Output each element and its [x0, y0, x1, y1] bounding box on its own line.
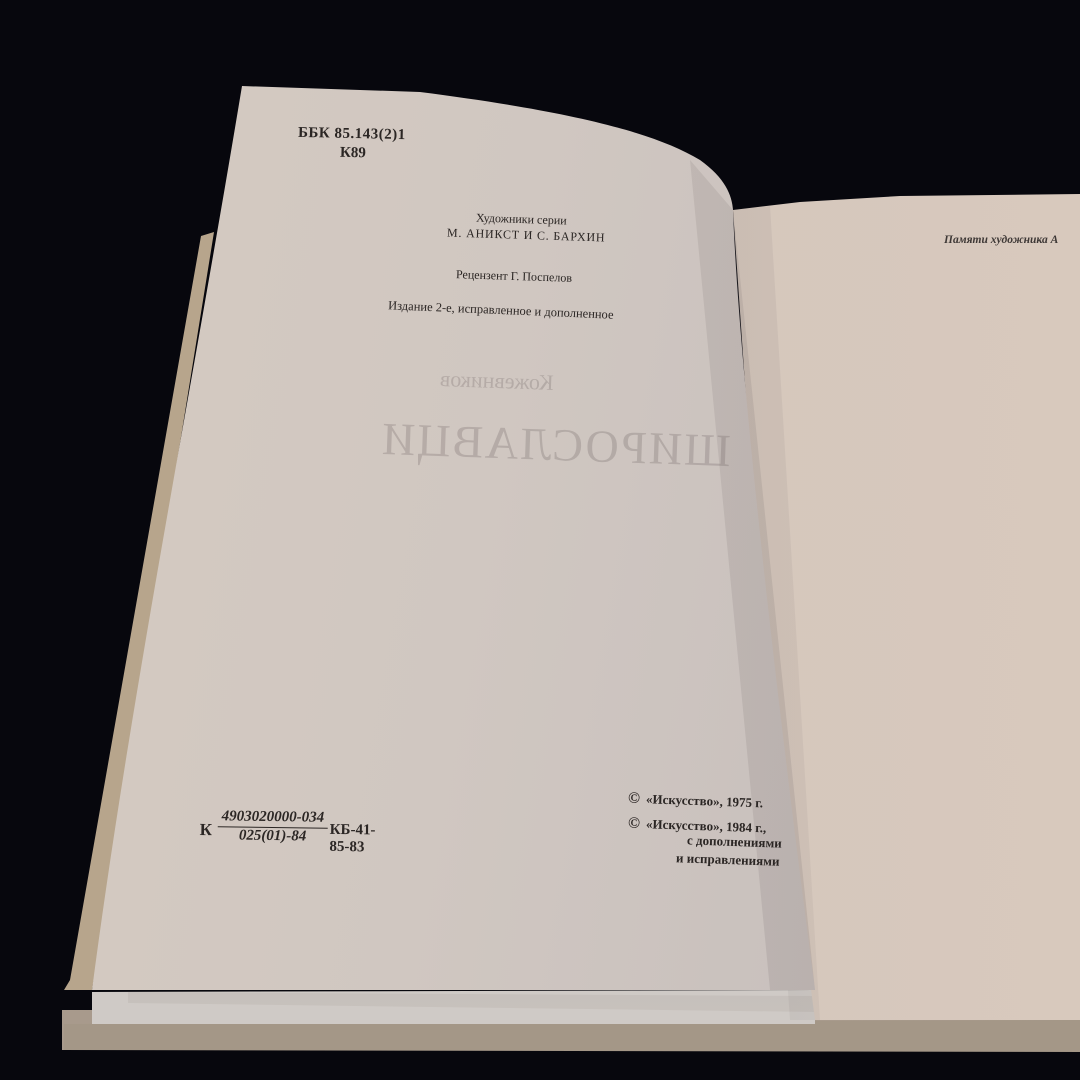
copyright-icon: © [628, 790, 641, 807]
copyright-icon: © [628, 815, 641, 832]
artists-label: Художники серии [476, 211, 567, 229]
catalog-denominator: 025(01)-84 [217, 827, 327, 846]
copyright-note-line: с дополнениями [687, 832, 782, 851]
author-mark: К89 [340, 145, 366, 163]
bbk-code: ББК 85.143(2)1 [298, 125, 406, 144]
catalog-suffix: КБ-41-85-83 [329, 822, 375, 857]
catalog-prefix: К [200, 820, 213, 840]
dedication-text: Памяти художника А [944, 234, 1058, 246]
catalog-numerator: 4903020000-034 [218, 808, 328, 829]
catalog-fraction: 4903020000-034 025(01)-84 [217, 808, 327, 846]
show-through-author: Кожевников [440, 366, 554, 396]
photo-scene: Памяти художника А Кожевников ШИРОСЛАВЦИ… [0, 0, 1080, 1080]
copyright-text: «Искусство», 1975 г. [646, 791, 764, 810]
